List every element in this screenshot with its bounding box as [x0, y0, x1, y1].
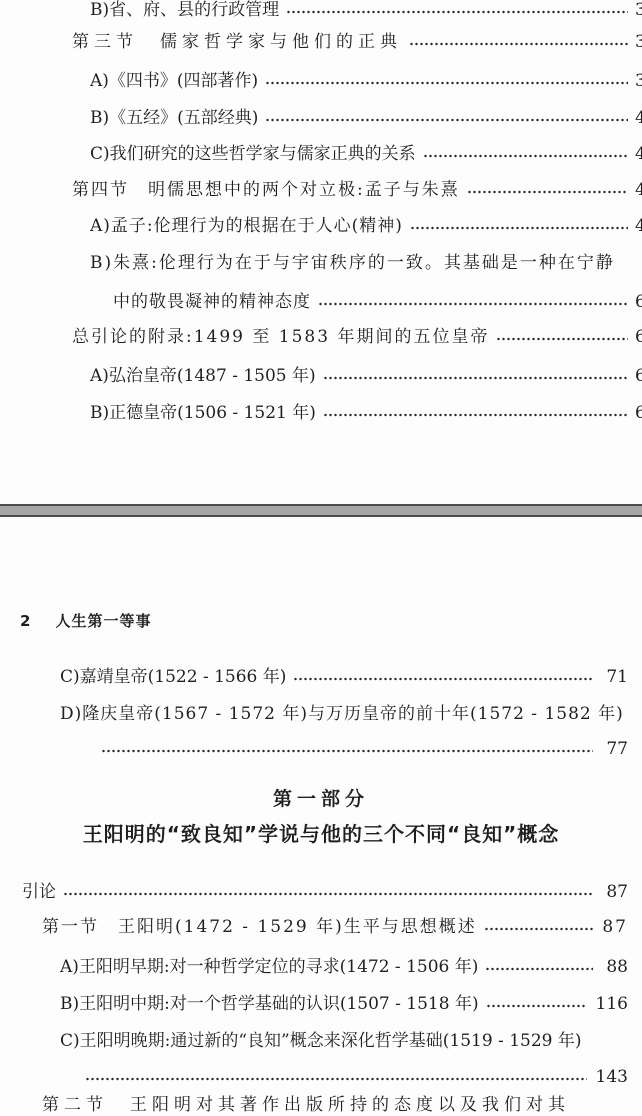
dot-leader: [467, 182, 628, 199]
toc-entry: 中的敬畏凝神的精神态度 6: [113, 293, 642, 312]
toc-entry: 77: [94, 740, 628, 759]
toc-entry: B)省、府、县的行政管理 3: [90, 1, 642, 20]
toc-entry-text: B)《五经》(五部经典): [90, 109, 258, 128]
toc-entry: B)朱熹:伦理行为在于与宇宙秩序的一致。其基础是一种在宁静: [90, 254, 642, 273]
toc-page-number: 3: [635, 72, 642, 91]
toc-entry-text: 第三节 儒家哲学家与他们的正典: [72, 33, 402, 52]
toc-entry-text: 第二节 王阳明对其著作出版所持的态度以及我们对其: [42, 1096, 570, 1115]
toc-entry: A)《四书》(四部著作) 3: [90, 72, 642, 91]
dot-leader: [293, 669, 593, 686]
toc-entry: D)隆庆皇帝(1567 - 1572 年)与万历皇帝的前十年(1572 - 15…: [60, 705, 628, 724]
toc-page-2: 2 人生第一等事 C)嘉靖皇帝(1522 - 1566 年) 71 D)隆庆皇帝…: [0, 517, 642, 1116]
toc-entry: 引论 87: [22, 883, 628, 902]
toc-page-number: 4: [635, 181, 642, 200]
dot-leader: [323, 405, 628, 422]
toc-entry-text: C)我们研究的这些哲学家与儒家正典的关系: [90, 145, 416, 164]
toc-entry-text: B)朱熹:伦理行为在于与宇宙秩序的一致。其基础是一种在宁静: [90, 254, 615, 273]
toc-entry-text: C)王阳明晚期:通过新的“良知”概念来深化哲学基础(1519 - 1529 年): [60, 1032, 582, 1051]
toc-page-number: 6: [635, 293, 642, 312]
toc-entry-text: B)王阳明中期:对一个哲学基础的认识(1507 - 1518 年): [60, 995, 479, 1014]
toc-page-number: 3: [635, 33, 642, 52]
dot-leader: [410, 218, 628, 235]
document-viewport: { "colors": { "page_background": "#fdfdf…: [0, 0, 642, 1116]
toc-page-1: B)省、府、县的行政管理 3 第三节 儒家哲学家与他们的正典 3 A)《四书》(…: [0, 0, 642, 504]
toc-entry-text: D)隆庆皇帝(1567 - 1572 年)与万历皇帝的前十年(1572 - 15…: [60, 705, 624, 724]
toc-entry: C)王阳明晚期:通过新的“良知”概念来深化哲学基础(1519 - 1529 年): [60, 1032, 628, 1051]
toc-entry-text: A)孟子:伦理行为的根据在于人心(精神): [90, 217, 403, 236]
toc-entry: 第一节 王阳明(1472 - 1529 年)生平与思想概述 87: [42, 918, 628, 937]
toc-page-number: 87: [602, 918, 628, 937]
dot-leader: [486, 996, 587, 1013]
running-header-page-number: 2: [20, 612, 31, 630]
dot-leader: [323, 368, 628, 385]
toc-entry-text: 中的敬畏凝神的精神态度: [113, 293, 311, 312]
dot-leader: [423, 146, 628, 163]
dot-leader: [286, 2, 628, 19]
toc-entry: 143: [78, 1068, 628, 1087]
page-separator: [0, 504, 642, 517]
toc-page-number: 4: [635, 217, 642, 236]
toc-page-number: 77: [602, 740, 628, 759]
toc-entry: B)王阳明中期:对一个哲学基础的认识(1507 - 1518 年) 116: [60, 995, 628, 1014]
toc-page-number: 143: [596, 1068, 628, 1087]
toc-entry: 总引论的附录:1499 至 1583 年期间的五位皇帝 6: [72, 328, 642, 347]
toc-entry-text: A)《四书》(四部著作): [90, 72, 258, 91]
toc-entry-text: 第一节 王阳明(1472 - 1529 年)生平与思想概述: [42, 918, 477, 937]
toc-entry-text: 引论: [22, 883, 56, 902]
toc-page-number: 6: [635, 328, 642, 347]
dot-leader: [265, 73, 628, 90]
part-kicker: 第一部分: [0, 788, 642, 810]
toc-entry: 第二节 王阳明对其著作出版所持的态度以及我们对其: [42, 1096, 628, 1115]
dot-leader: [409, 34, 628, 51]
toc-entry: 第四节 明儒思想中的两个对立极:孟子与朱熹 4: [72, 181, 642, 200]
dot-leader: [101, 741, 593, 758]
running-header-book-title: 人生第一等事: [55, 612, 151, 630]
toc-page-number: 71: [602, 668, 628, 687]
toc-page-number: 4: [635, 109, 642, 128]
toc-entry-text: C)嘉靖皇帝(1522 - 1566 年): [60, 668, 286, 687]
toc-entry-text: 第四节 明儒思想中的两个对立极:孟子与朱熹: [72, 181, 460, 200]
part-title-text: 王阳明的“致良知”学说与他的三个不同“良知”概念: [83, 822, 560, 846]
toc-page-number: 87: [602, 883, 628, 902]
toc-page-number: 6: [635, 404, 642, 423]
toc-entry: C)嘉靖皇帝(1522 - 1566 年) 71: [60, 668, 628, 687]
dot-leader: [496, 329, 628, 346]
running-header: 2 人生第一等事: [20, 612, 151, 630]
toc-entry: A)弘治皇帝(1487 - 1505 年) 6: [90, 367, 642, 386]
dot-leader: [265, 110, 628, 127]
dot-leader: [63, 884, 593, 901]
toc-entry: C)我们研究的这些哲学家与儒家正典的关系 4: [90, 145, 642, 164]
part-kicker-text: 第一部分: [273, 788, 369, 810]
dot-leader: [484, 919, 593, 936]
dot-leader: [318, 294, 628, 311]
part-title: 王阳明的“致良知”学说与他的三个不同“良知”概念: [0, 822, 642, 846]
toc-page-number: 6: [635, 367, 642, 386]
dot-leader: [85, 1069, 587, 1086]
toc-entry: B)正德皇帝(1506 - 1521 年) 6: [90, 404, 642, 423]
toc-entry-text: 总引论的附录:1499 至 1583 年期间的五位皇帝: [72, 328, 489, 347]
toc-entry-text: A)王阳明早期:对一种哲学定位的寻求(1472 - 1506 年): [60, 958, 478, 977]
toc-entry-text: A)弘治皇帝(1487 - 1505 年): [90, 367, 316, 386]
toc-page-number: 116: [596, 995, 628, 1014]
toc-entry: A)孟子:伦理行为的根据在于人心(精神) 4: [90, 217, 642, 236]
toc-entry: B)《五经》(五部经典) 4: [90, 109, 642, 128]
toc-entry-text: B)正德皇帝(1506 - 1521 年): [90, 404, 316, 423]
toc-page-number: 3: [635, 1, 642, 20]
toc-page-number: 88: [602, 958, 628, 977]
toc-page-number: 4: [635, 145, 642, 164]
toc-entry: A)王阳明早期:对一种哲学定位的寻求(1472 - 1506 年) 88: [60, 958, 628, 977]
toc-entry-text: B)省、府、县的行政管理: [90, 1, 279, 20]
dot-leader: [485, 959, 593, 976]
toc-entry: 第三节 儒家哲学家与他们的正典 3: [72, 33, 642, 52]
